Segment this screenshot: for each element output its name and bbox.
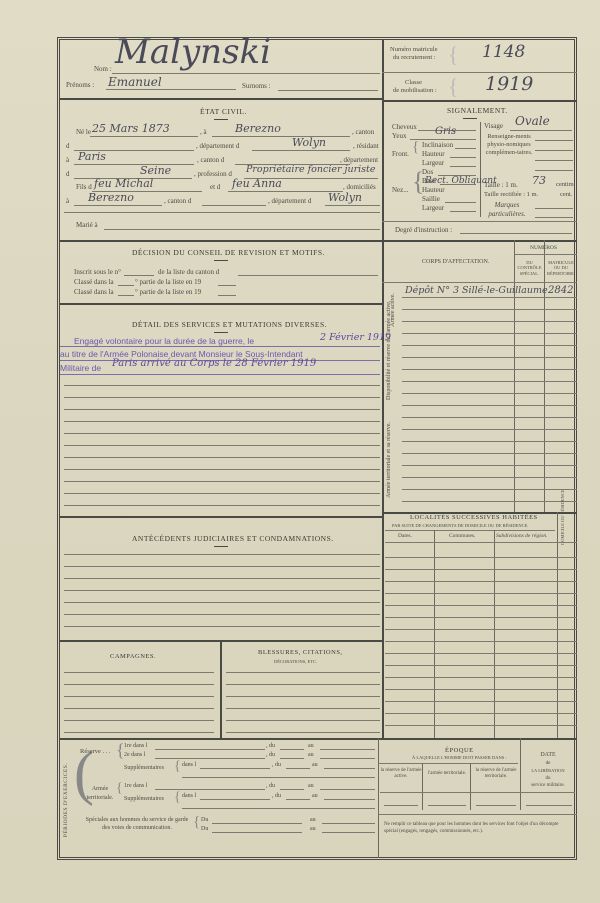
field-line (212, 136, 350, 137)
column-divider (434, 530, 435, 738)
column-divider (382, 40, 384, 738)
epoque-col3: la réserve de l'armée territoriale. (472, 768, 520, 780)
au-label: au (312, 793, 318, 799)
field-line (385, 605, 577, 606)
field-line (64, 481, 380, 482)
terr-supp-label: Supplémentaires (124, 796, 164, 802)
departement-label: , département d (196, 142, 239, 150)
field-line (280, 749, 304, 750)
epoque-col1: la réserve de l'armée active. (380, 768, 422, 780)
matricule-label: Numéro matricule (390, 46, 437, 53)
field-line (385, 629, 577, 630)
canton-label: , canton d (197, 156, 224, 164)
field-line (535, 170, 573, 171)
field-line (64, 614, 380, 615)
field-line (228, 191, 343, 192)
reserve-2-label: 2e dans l (124, 752, 145, 758)
field-line (450, 166, 476, 167)
localites-subtitle: PAR SUITE DE CHANGEMENTS DE DOMICILE OU … (392, 523, 528, 528)
armee-territoriale-label: Armée territoriale. (82, 785, 118, 803)
field-line (402, 441, 577, 442)
field-line (535, 208, 573, 209)
field-line (202, 205, 266, 206)
ne-le-label: Né le (76, 128, 91, 136)
field-line (280, 789, 304, 790)
classe1-label: Classé dans la (74, 278, 114, 286)
field-line (64, 626, 380, 627)
numeros-divider (544, 240, 545, 512)
du-label: Du (201, 826, 208, 832)
du-label: , du (272, 793, 281, 799)
field-line (118, 295, 134, 296)
date-title: DATE (522, 752, 574, 759)
d-label: d (66, 170, 70, 178)
field-line (64, 672, 214, 673)
field-line (450, 211, 476, 212)
divider (382, 282, 577, 283)
ne-le-value: 25 Mars 1873 (92, 122, 170, 135)
departement-label: , département d (268, 197, 311, 205)
field-line (60, 374, 380, 375)
divider (382, 72, 577, 73)
title-dash (214, 546, 228, 547)
divider (382, 240, 577, 242)
blessures-title: BLESSURES, CITATIONS, (258, 649, 343, 656)
brace-icon: { (412, 139, 419, 156)
residant-label: , résidant (353, 142, 379, 150)
divider (382, 221, 577, 222)
reserve-supp-label: Supplémentaires (124, 765, 164, 771)
field-line (526, 805, 572, 806)
etat-civil-title: ÉTAT CIVIL. (200, 107, 247, 116)
form-frame: Nom : Malynski Prénoms : Emanuel Surnoms… (57, 37, 577, 860)
dans-l-label: dans l (182, 762, 196, 768)
father-value: feu Michal (94, 177, 153, 190)
signalement-title: SIGNALEMENT. (447, 106, 508, 115)
field-line (322, 823, 375, 824)
divider (385, 542, 577, 543)
field-line (385, 581, 577, 582)
field-line (324, 768, 375, 769)
divider (60, 240, 382, 242)
signalement-divider (480, 122, 481, 217)
field-line (64, 385, 380, 386)
column-divider (220, 640, 222, 738)
divider (382, 100, 577, 102)
au-label: au (308, 752, 314, 758)
epoque-title: ÉPOQUE (445, 747, 474, 754)
controle-header: DU CONTRÔLE SPÉCIAL. (516, 260, 543, 276)
inscrit-label: Inscrit sous le n° (74, 268, 121, 276)
field-line (155, 789, 265, 790)
field-line (402, 357, 577, 358)
field-line (535, 150, 573, 151)
field-line (402, 321, 577, 322)
departement-label: , département (340, 156, 378, 164)
field-line (64, 421, 380, 422)
field-line (155, 749, 265, 750)
domicile-a-label: à (66, 197, 69, 205)
field-line (402, 369, 577, 370)
field-line (402, 297, 577, 298)
nez-label: Nez... (392, 186, 409, 194)
epoque-subtitle: À LAQUELLE L'HOMME DOIT PASSER DANS : (412, 755, 507, 760)
residence-departement-value: Seine (140, 164, 171, 177)
marques-label: Marques particulières. (488, 201, 526, 219)
section-territoriale-label: Armée territoriale et sa réserve. (386, 420, 393, 500)
reserve-1-label: 1re dans l (124, 743, 147, 749)
corps-header: CORPS D'AFFECTATION. (422, 259, 489, 265)
field-line (320, 789, 375, 790)
dates-header: Dates. (398, 533, 412, 539)
stamp-line-3: Militaire de (60, 363, 101, 373)
field-line (226, 708, 380, 709)
divider (385, 530, 555, 531)
taille-label: Taille : 1 m. (484, 181, 518, 189)
dans-l-label: dans l (182, 793, 196, 799)
divider (378, 763, 518, 764)
inscrit-suffix: de la liste du canton d (158, 268, 219, 276)
d-label: d (66, 142, 70, 150)
column-divider (422, 763, 423, 810)
prenoms-value: Emanuel (108, 75, 162, 89)
date-du: du (522, 776, 574, 782)
field-line (226, 720, 380, 721)
brace-icon: { (116, 781, 123, 797)
field-line (385, 593, 577, 594)
field-line (385, 617, 577, 618)
field-line (402, 417, 577, 418)
field-line (64, 505, 380, 506)
field-line (385, 569, 577, 570)
field-line (200, 768, 270, 769)
residant-a-label: à (66, 156, 69, 164)
residence-value: Paris (78, 150, 106, 163)
field-line (385, 677, 577, 678)
au-label: au (310, 826, 316, 832)
conseil-title: DÉCISION DU CONSEIL DE REVISION ET MOTIF… (132, 248, 325, 257)
subdivisions-header: Subdivisions de région. (496, 533, 547, 539)
arrival-text: Paris arrivé au Corps le 28 Février 1919 (112, 358, 316, 369)
nom-label: Nom : (94, 65, 112, 73)
corps-entry: Dépôt N° 3 Sillé-le-Guillaume (405, 285, 548, 296)
canton-label: , canton (352, 128, 374, 136)
antecedents-title: ANTÉCÉDENTS JUDICIAIRES ET CONDAMNATIONS… (132, 534, 334, 543)
column-divider (494, 530, 495, 738)
du-label: , du (266, 743, 275, 749)
brace-icon: { (193, 814, 200, 831)
departement-value: Wolyn (292, 136, 326, 149)
field-line (155, 758, 265, 759)
yeux-label: Yeux (392, 132, 406, 140)
field-line (64, 212, 380, 213)
field-line (64, 397, 380, 398)
renseignements-label: Renseigne-ments physio-nomiques compléme… (485, 133, 533, 157)
field-line (64, 720, 214, 721)
degre-instruction-label: Degré d'instruction : (395, 226, 452, 234)
mother-value: feu Anna (232, 177, 282, 190)
inclinaison-label: Inclinaison (422, 141, 453, 149)
title-dash (214, 119, 228, 120)
numeros-header: NUMÉROS (530, 245, 557, 252)
nom-underline (112, 73, 380, 74)
field-line (385, 641, 577, 642)
field-line (440, 184, 476, 185)
classe-label-2: de mobilisation : (393, 87, 437, 94)
divider (380, 792, 575, 793)
matricule-label-2: du recrutement : (393, 54, 436, 61)
field-line (60, 346, 380, 347)
field-line (324, 799, 375, 800)
yeux-value: Gris (435, 126, 456, 137)
prenoms-label: Prénoms : (66, 81, 94, 89)
matricule-value: 1148 (482, 42, 525, 62)
field-line (212, 823, 302, 824)
reserve-label: Réserve . . . (80, 748, 111, 755)
largeur-label: Largeur (422, 204, 444, 212)
field-line (226, 696, 380, 697)
field-line (320, 758, 375, 759)
classe2-label: Classé dans la (74, 288, 114, 296)
periodes-vertical-label: PÉRIODES D'EXERCICES. (63, 755, 70, 845)
field-line (385, 701, 577, 702)
profession-value: Propriétaire foncier juriste (246, 164, 376, 175)
field-line (402, 465, 577, 466)
domicile-value: Berezno (88, 191, 134, 204)
saillie-label: Saillie (422, 195, 440, 203)
field-line (320, 749, 375, 750)
column-divider (378, 738, 379, 858)
field-line (200, 799, 270, 800)
field-line (280, 758, 304, 759)
field-line (450, 157, 476, 158)
au-label: au (310, 817, 316, 823)
dos-label: Dos (422, 168, 433, 176)
field-line (212, 832, 302, 833)
field-line (385, 653, 577, 654)
front-label: Front. (392, 150, 409, 158)
divider (60, 738, 577, 740)
field-line (226, 672, 380, 673)
field-line (64, 457, 380, 458)
classe-label: Classe (405, 79, 422, 86)
taille-value: 73 (532, 174, 546, 187)
du-label: , du (266, 752, 275, 758)
field-line (445, 202, 476, 203)
field-line (535, 217, 573, 218)
field-line (385, 557, 577, 558)
field-line (64, 554, 380, 555)
canton-label: , canton d (164, 197, 191, 205)
date-liberation: LA LIBÉRATION (522, 768, 574, 773)
field-line (64, 708, 214, 709)
column-divider (470, 763, 471, 810)
taille-rectifiee-unit: cent. (560, 191, 572, 198)
brace-icon: { (448, 74, 459, 100)
domicile-header: DOMICILE OU RÉSIDENCE (560, 515, 565, 545)
field-line (385, 713, 577, 714)
date-de: de (522, 761, 574, 767)
field-line (182, 808, 375, 809)
field-line (455, 148, 476, 149)
classe2-suffix: ° partie de la liste en 19 (135, 288, 201, 296)
field-line (325, 205, 380, 206)
field-line (510, 130, 572, 131)
field-line (74, 164, 194, 165)
classe1-suffix: ° partie de la liste en 19 (135, 278, 201, 286)
visage-label: Visage (484, 122, 503, 130)
title-dash (214, 260, 228, 261)
field-line (402, 453, 577, 454)
nom-value: Malynski (115, 32, 271, 72)
field-line (74, 205, 162, 206)
epoque-note: Ne remplir ce tableau que pour les homme… (384, 821, 572, 835)
localites-title: LOCALITÉS SUCCESSIVES HABITÉES (410, 514, 538, 521)
field-line (385, 689, 577, 690)
field-line (124, 275, 154, 276)
divider (60, 516, 382, 518)
field-line (64, 469, 380, 470)
field-line (385, 665, 577, 666)
stamp-line-1: Engagé volontaire pour la durée de la gu… (74, 336, 254, 346)
column-divider (520, 738, 521, 810)
visage-value: Ovale (515, 114, 550, 128)
brace-icon: { (174, 790, 181, 806)
field-line (64, 590, 380, 591)
field-line (218, 285, 236, 286)
field-line (402, 477, 577, 478)
document-page: Nom : Malynski Prénoms : Emanuel Surnoms… (0, 0, 600, 903)
au-label: au (308, 743, 314, 749)
au-label: au (308, 783, 314, 789)
hauteur-label: Hauteur (422, 150, 445, 158)
profession-label: , profession d (194, 170, 232, 178)
campagnes-title: CAMPAGNES. (110, 653, 156, 660)
field-line (64, 566, 380, 567)
field-line (428, 805, 466, 806)
field-line (226, 684, 380, 685)
divider (514, 254, 577, 255)
field-line (64, 433, 380, 434)
field-line (402, 501, 577, 502)
du-label: , du (272, 762, 281, 768)
field-line (402, 405, 577, 406)
field-line (64, 684, 214, 685)
matricule-header: MATRICULE OU DU RÉPERTOIRE. (546, 260, 576, 276)
divider (378, 814, 577, 815)
field-line (402, 333, 577, 334)
divider (60, 303, 382, 305)
domicile-divider (557, 512, 558, 738)
surnoms-label: Surnoms : (242, 82, 271, 90)
title-dash (463, 118, 477, 119)
field-line (385, 725, 577, 726)
taille-rectifiee-label: Taille rectifiée : 1 m. (484, 191, 538, 198)
taille-unit: centim. (556, 181, 575, 188)
cheveux-label: Cheveux (392, 123, 417, 131)
enlistment-date: 2 Février 1919 (320, 332, 391, 343)
field-line (64, 732, 214, 733)
field-line (402, 393, 577, 394)
field-line (226, 732, 380, 733)
a-label: , à (200, 128, 207, 136)
brace-icon: { (448, 42, 459, 68)
field-line (64, 409, 380, 410)
speciales-label: Spéciales aux hommes du service de garde… (82, 816, 192, 832)
numeros-divider (514, 240, 515, 512)
field-line (384, 805, 418, 806)
terr-1-label: 1re dans l (124, 783, 147, 789)
largeur-label: Largeur (422, 159, 444, 167)
field-line (104, 229, 380, 230)
surnoms-underline (278, 90, 378, 91)
field-line (286, 768, 310, 769)
field-line (322, 832, 375, 833)
field-line (402, 345, 577, 346)
epoque-col2: l'armée territoriale. (424, 771, 470, 777)
domicilies-label: , domiciliés (343, 183, 376, 191)
blessures-subtitle: DÉCORATIONS, ETC. (274, 659, 317, 664)
matricule-entry: 2842 (548, 285, 573, 296)
date-service: service militaire. (522, 783, 574, 789)
communes-header: Communes. (449, 533, 475, 539)
field-line (238, 275, 378, 276)
field-line (64, 445, 380, 446)
field-line (402, 489, 577, 490)
section-disponibilite-label: Disponibilité et réserve de l'armée acti… (386, 330, 393, 400)
fils-label: Fils d (76, 183, 92, 191)
et-label: et d (210, 183, 220, 191)
prenoms-underline (106, 89, 236, 90)
field-line (402, 429, 577, 430)
field-line (476, 805, 516, 806)
field-line (182, 777, 375, 778)
field-line (410, 139, 476, 140)
du-label: Du (201, 817, 208, 823)
field-line (118, 285, 134, 286)
domicile-departement-value: Wolyn (328, 191, 362, 204)
field-line (64, 578, 380, 579)
au-label: au (312, 762, 318, 768)
brace-icon: { (174, 759, 181, 775)
field-line (64, 696, 214, 697)
field-line (64, 602, 380, 603)
marie-label: Marié à (76, 221, 98, 229)
field-line (535, 140, 573, 141)
field-line (402, 309, 577, 310)
du-label: , du (266, 783, 275, 789)
field-line (460, 233, 572, 234)
classe-value: 1919 (485, 73, 533, 95)
field-line (64, 493, 380, 494)
services-title: DÉTAIL DES SERVICES ET MUTATIONS DIVERSE… (132, 320, 327, 329)
birthplace-value: Berezno (235, 122, 281, 135)
field-line (218, 295, 236, 296)
field-line (286, 799, 310, 800)
hauteur-label: Hauteur (422, 186, 445, 194)
divider (60, 98, 382, 100)
field-line (252, 150, 350, 151)
field-line (535, 160, 573, 161)
field-line (402, 381, 577, 382)
field-line (90, 136, 198, 137)
title-dash (214, 332, 228, 333)
